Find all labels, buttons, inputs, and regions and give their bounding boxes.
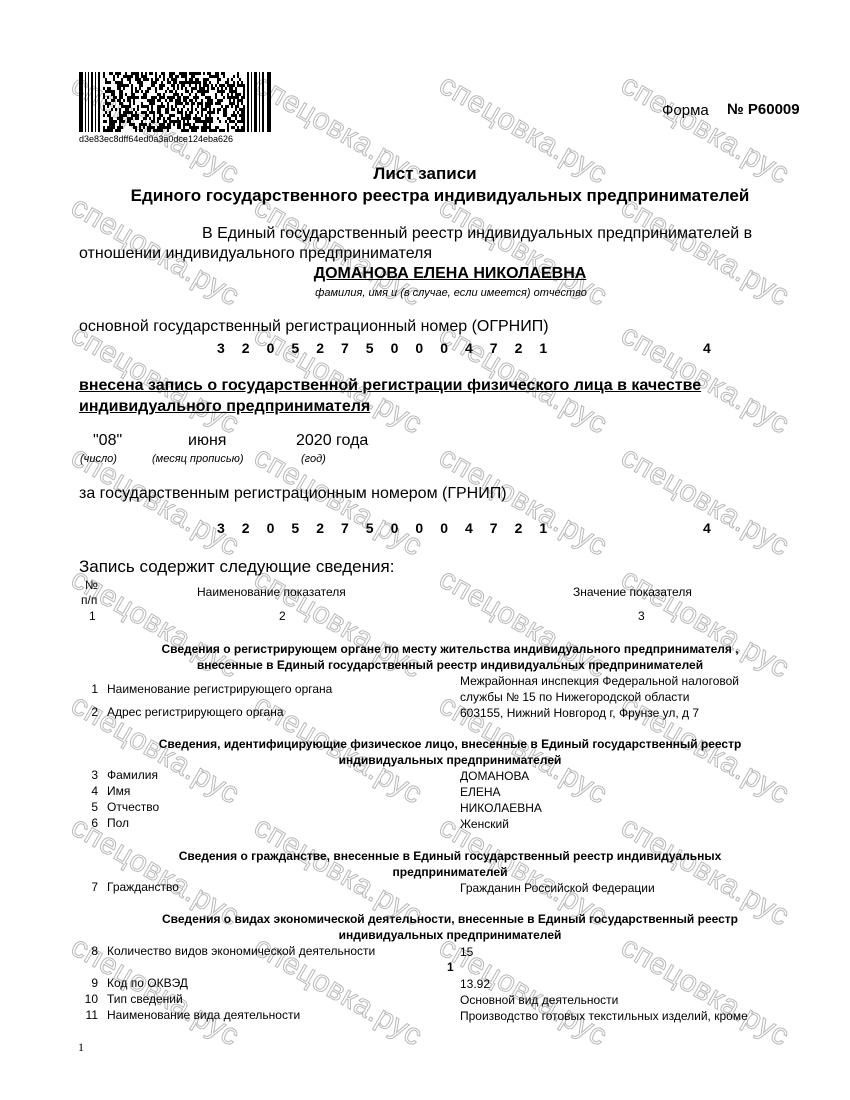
grnip-digit: 3 (217, 520, 225, 536)
row-value: 15 (460, 944, 473, 960)
ogrnip-digits: 320527500047214 (0, 340, 850, 358)
row-number: 3 (74, 768, 98, 782)
ogrnip-digit: 5 (366, 340, 374, 356)
month-caption: (месяц прописью) (152, 453, 244, 465)
section-title-economic-activities: Сведения о видах экономической деятельно… (95, 911, 805, 943)
row-label: Код по ОКВЭД (107, 976, 188, 990)
page-number: 1 (78, 1040, 84, 1055)
table-intro: Запись содержит следующие сведения: (79, 557, 394, 577)
row-number: 6 (74, 816, 98, 830)
ogrnip-digit: 0 (415, 340, 423, 356)
grnip-digit: 4 (465, 520, 473, 536)
col-num-header-1: № (85, 578, 98, 592)
ogrnip-check-digit: 4 (703, 340, 711, 356)
grnip-digit: 0 (415, 520, 423, 536)
row-number: 5 (74, 800, 98, 814)
grnip-digit: 2 (316, 520, 324, 536)
col-value-header: Значение показателя (573, 585, 692, 599)
date-day: "08" (93, 432, 122, 450)
section-title-line: Сведения о регистрирующем органе по мест… (95, 641, 805, 657)
row-label: Адрес регистрирующего органа (107, 705, 284, 719)
row-value: ЕЛЕНА (460, 784, 501, 800)
row-value: ДОМАНОВА (460, 768, 529, 784)
ogrnip-digit: 2 (515, 340, 523, 356)
row-label: Имя (107, 784, 130, 798)
row-label: Фамилия (107, 768, 158, 782)
entry-statement: внесена запись о государственной регистр… (79, 375, 799, 417)
ogrnip-digit: 2 (316, 340, 324, 356)
row-value: Межрайонная инспекция Федеральной налого… (460, 673, 739, 705)
grnip-digit: 1 (539, 520, 547, 536)
col-num-header-2: п/п (81, 593, 97, 607)
section-title-identification: Сведения, идентифицирующие физическое ли… (95, 736, 805, 768)
row-number: 8 (74, 944, 98, 958)
row-number: 7 (74, 880, 98, 894)
row-number: 2 (74, 705, 98, 719)
activity-group-number: 1 (447, 960, 454, 974)
intro-line-1: В Единый государственный реестр индивиду… (202, 225, 752, 243)
grnip-digit: 0 (391, 520, 399, 536)
grnip-digit: 2 (242, 520, 250, 536)
grnip-digit: 7 (341, 520, 349, 536)
row-number: 9 (74, 976, 98, 990)
row-value: Производство готовых текстильных изделий… (460, 1008, 748, 1024)
section-title-line: Сведения о видах экономической деятельно… (95, 911, 805, 927)
ogrnip-digit: 4 (465, 340, 473, 356)
grnip-label: за государственным регистрационным номер… (79, 485, 507, 503)
form-label: Форма (662, 102, 709, 119)
year-caption: (год) (301, 453, 326, 465)
row-label: Отчество (107, 800, 159, 814)
form-number: № Р60009 (727, 101, 800, 118)
entrepreneur-full-name: ДОМАНОВА ЕЛЕНА НИКОЛАЕВНА (0, 265, 850, 283)
document-subtitle: Единого государственного реестра индивид… (0, 186, 850, 206)
grnip-check-digit: 4 (703, 520, 711, 536)
row-value: Женский (460, 816, 509, 832)
row-number: 4 (74, 784, 98, 798)
section-title-line: индивидуальных предпринимателей (95, 752, 805, 768)
section-title-registering-authority: Сведения о регистрирующем органе по мест… (95, 641, 805, 673)
barcode-hash: d3e83ec8dff64ed0a3a0dce124eba626 (79, 134, 233, 144)
ogrnip-digit: 1 (539, 340, 547, 356)
ogrnip-label: основной государственный регистрационный… (79, 318, 549, 336)
grnip-digit: 2 (515, 520, 523, 536)
grnip-digit: 5 (366, 520, 374, 536)
grnip-digit: 5 (291, 520, 299, 536)
date-year: 2020 года (296, 432, 368, 450)
section-title-line: Сведения, идентифицирующие физическое ли… (95, 736, 805, 752)
row-label: Пол (107, 816, 129, 830)
row-value-line: Межрайонная инспекция Федеральной налого… (460, 673, 739, 689)
ogrnip-digit: 3 (217, 340, 225, 356)
section-title-line: Сведения о гражданстве, внесенные в Един… (95, 848, 805, 864)
section-title-line: индивидуальных предпринимателей (95, 927, 805, 943)
row-label: Гражданство (107, 880, 179, 894)
grnip-digits: 320527500047214 (0, 520, 850, 538)
intro-line-2: отношении индивидуального предпринимател… (79, 245, 432, 263)
col-index-1: 1 (89, 609, 96, 623)
ogrnip-digit: 2 (242, 340, 250, 356)
row-number: 10 (74, 992, 98, 1006)
ogrnip-digit: 0 (440, 340, 448, 356)
section-title-line: предпринимателей (95, 864, 805, 880)
ogrnip-digit: 5 (291, 340, 299, 356)
col-index-3: 3 (638, 609, 645, 623)
ogrnip-digit: 0 (391, 340, 399, 356)
ogrnip-digit: 7 (490, 340, 498, 356)
row-label: Количество видов экономической деятельно… (107, 944, 375, 958)
col-name-header: Наименование показателя (197, 585, 346, 599)
grnip-digit: 0 (267, 520, 275, 536)
row-label: Тип сведений (107, 992, 183, 1006)
document-title: Лист записи (0, 164, 850, 184)
section-title-citizenship: Сведения о гражданстве, внесенные в Един… (95, 848, 805, 880)
row-number: 11 (74, 1008, 98, 1022)
row-label: Наименование регистрирующего органа (107, 682, 332, 696)
grnip-digit: 0 (440, 520, 448, 536)
date-month: июня (188, 432, 226, 450)
grnip-digit: 7 (490, 520, 498, 536)
row-value: Основной вид деятельности (460, 992, 618, 1008)
row-number: 1 (74, 682, 98, 696)
document-page: d3e83ec8dff64ed0a3a0dce124eba626 Форма №… (0, 0, 850, 1100)
full-name-caption: фамилия, имя и (в случае, если имеется) … (0, 287, 850, 299)
row-value: 603155, Нижний Новгород г, Фрунзе ул, д … (460, 705, 699, 721)
row-value: Гражданин Российской Федерации (460, 880, 655, 896)
col-index-2: 2 (279, 609, 286, 623)
ogrnip-digit: 7 (341, 340, 349, 356)
section-title-line: внесенные в Единый государственный реест… (95, 657, 805, 673)
row-value-line: службы № 15 по Нижегородской области (460, 689, 739, 705)
ogrnip-digit: 0 (267, 340, 275, 356)
barcode-icon (79, 72, 271, 132)
day-caption: (число) (80, 453, 117, 465)
row-value: НИКОЛАЕВНА (460, 800, 542, 816)
row-label: Наименование вида деятельности (107, 1008, 300, 1022)
row-value: 13.92 (460, 976, 490, 992)
